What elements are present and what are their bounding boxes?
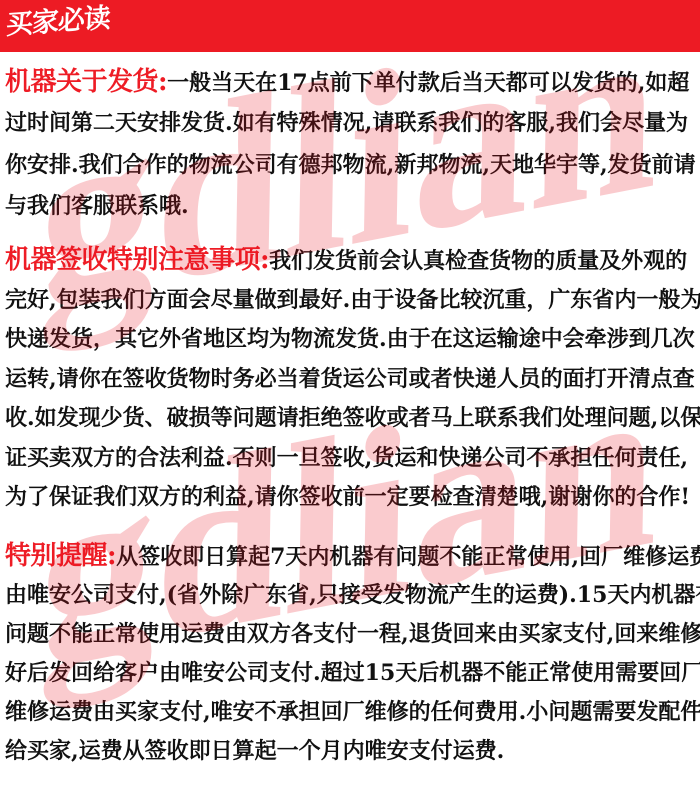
section-line: 给买家,运费从签收即日算起一个月内唯安支付运费.: [5, 732, 700, 771]
section-line: 由唯安公司支付,(省外除广东省,只接受发物流产生的运费).15天内机器有: [5, 576, 700, 615]
section-text: 一般当天在17点前下单付款后当天都可以发货的,如超: [167, 70, 689, 96]
section-text: 我们发货前会认真检查货物的质量及外观的: [269, 248, 687, 274]
header-banner: 买家必读: [0, 0, 700, 52]
section-line: 问题不能正常使用运费由双方各支付一程,退货回来由买家支付,回来维修: [5, 615, 700, 654]
section-line: 运转,请你在签收货物时务必当着货运公司或者快递人员的面打开清点查: [5, 360, 700, 400]
section-line: 过时间第二天安排发货.如有特殊情况,请联系我们的客服,我们会尽量为: [5, 103, 700, 144]
section-line: 与我们客服联系哦.: [5, 186, 700, 227]
section-line: 维修运费由买家支付,唯安不承担回厂维修的任何费用.小问题需要发配件: [5, 693, 700, 732]
section-title: 机器签收特别注意事项:: [5, 245, 269, 275]
section-line: 收.如发现少货、破损等问题请拒绝签收或者马上联系我们处理问题,以保: [5, 399, 700, 439]
section-special-reminder: 特别提醒:从签收即日算起7天内机器有问题不能正常使用,回厂维修运费 由唯安公司支…: [5, 537, 700, 771]
buyer-notice-page: 买家必读 机器关于发货:一般当天在17点前下单付款后当天都可以发货的,如超 过时…: [0, 0, 700, 800]
section-delivery-receipt: 机器签收特别注意事项:我们发货前会认真检查货物的质量及外观的 完好,包装我们方面…: [5, 241, 700, 518]
section-line: 完好,包装我们方面会尽量做到最好.由于设备比较沉重，广东省内一般为: [5, 281, 700, 321]
section-line: 机器关于发货:一般当天在17点前下单付款后当天都可以发货的,如超: [5, 62, 700, 103]
section-line: 机器签收特别注意事项:我们发货前会认真检查货物的质量及外观的: [5, 241, 700, 281]
section-shipping: 机器关于发货:一般当天在17点前下单付款后当天都可以发货的,如超 过时间第二天安…: [5, 62, 700, 227]
section-line: 你安排.我们合作的物流公司有德邦物流,新邦物流,天地华宇等,发货前请: [5, 145, 700, 186]
section-title: 机器关于发货:: [5, 67, 167, 97]
section-text: 从签收即日算起7天内机器有问题不能正常使用,回厂维修运费: [116, 544, 700, 570]
section-line: 快递发货，其它外省地区均为物流发货.由于在这运输途中会牵涉到几次: [5, 320, 700, 360]
page-title: 买家必读: [5, 2, 110, 43]
section-line: 为了保证我们双方的利益,请你签收前一定要检查清楚哦,谢谢你的合作!: [5, 478, 700, 518]
section-line: 特别提醒:从签收即日算起7天内机器有问题不能正常使用,回厂维修运费: [5, 537, 700, 576]
section-line: 好后发回给客户由唯安公司支付.超过15天后机器不能正常使用需要回厂: [5, 654, 700, 693]
section-title: 特别提醒:: [5, 541, 116, 571]
section-line: 证买卖双方的合法利益.否则一旦签收,货运和快递公司不承担任何责任,: [5, 439, 700, 479]
